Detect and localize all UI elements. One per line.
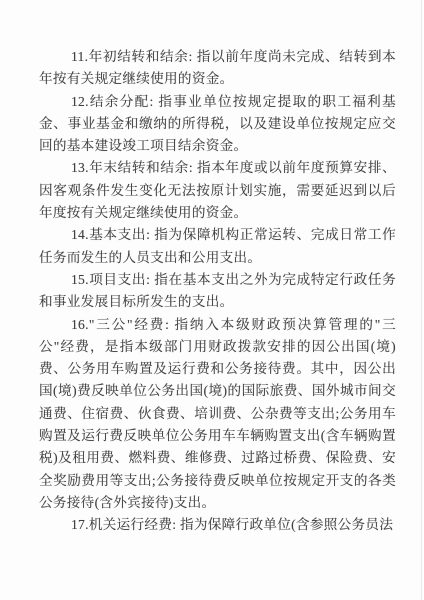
paragraph-17: 17.机关运行经费: 指为保障行政单位(含参照公务员法 xyxy=(39,514,396,536)
paragraph-11: 11.年初结转和结余: 指以前年度尚未完成、结转到本年按有关规定继续使用的资金。 xyxy=(39,46,396,91)
glossary-text-block: 11.年初结转和结余: 指以前年度尚未完成、结转到本年按有关规定继续使用的资金。… xyxy=(39,46,396,537)
paragraph-14: 14.基本支出: 指为保障机构正常运转、完成日常工作任务而发生的人员支出和公用支… xyxy=(39,224,396,269)
paragraph-13: 13.年末结转和结余: 指本年度或以前年度预算安排、因客观条件发生变化无法按原计… xyxy=(39,157,396,224)
paragraph-12: 12.结余分配: 指事业单位按规定提取的职工福利基金、事业基金和缴纳的所得税，以… xyxy=(39,91,396,158)
paragraph-16: 16."三公"经费: 指纳入本级财政预决算管理的"三公"经费，是指本级部门用财政… xyxy=(39,314,396,515)
scanned-document-page: 11.年初结转和结余: 指以前年度尚未完成、结转到本年按有关规定继续使用的资金。… xyxy=(0,0,424,600)
page-edge-shadow xyxy=(421,0,422,600)
paragraph-15: 15.项目支出: 指在基本支出之外为完成特定行政任务和事业发展目标所发生的支出。 xyxy=(39,269,396,314)
